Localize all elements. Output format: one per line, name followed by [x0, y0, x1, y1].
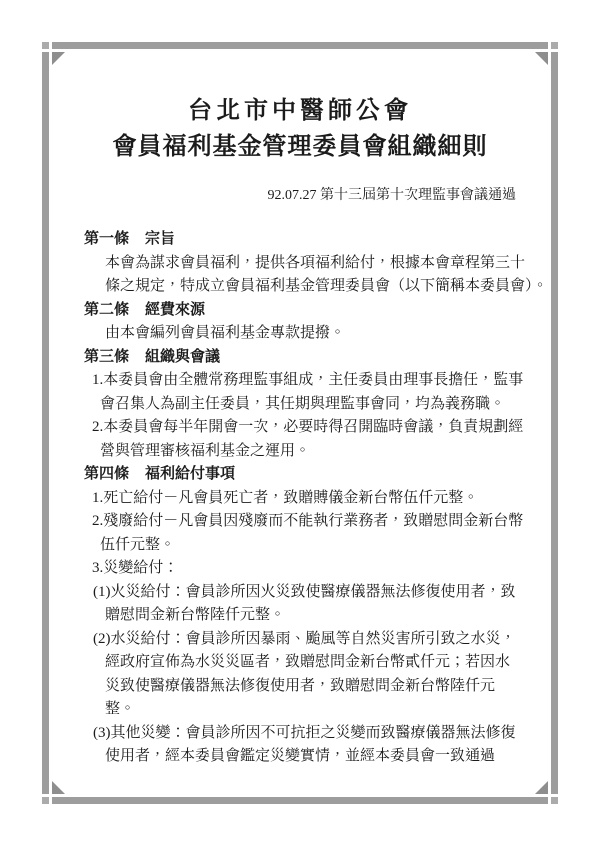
article-line: 伍仟元整。 [100, 534, 516, 558]
article-number: 第一條 [84, 231, 129, 247]
article-line: (3)其他災變：會員診所因不可抗拒之災變而致醫療儀器無法修復 [93, 722, 516, 746]
article-line: 本會為謀求會員福利，提供各項福利給付，根據本會章程第三十 [105, 252, 516, 276]
article-title: 經費來源 [145, 302, 205, 318]
article-title: 宗旨 [145, 231, 175, 247]
article-line: 經政府宣佈為水災災區者，致贈慰問金新台幣貳仟元；若因水 [105, 651, 516, 675]
article-line: (1)火災給付：會員診所因火災致使醫療儀器無法修復使用者，致 [93, 581, 516, 605]
article-title: 組織與會議 [145, 349, 220, 365]
document-page: 台北市中醫師公會 會員福利基金管理委員會組織細則 92.07.27 第十三屆第十… [0, 0, 600, 848]
frame-left-bar [42, 52, 49, 794]
document-body: 第一條宗旨 本會為謀求會員福利，提供各項福利給付，根據本會章程第三十 條之規定，… [84, 228, 516, 769]
approval-note: 92.07.27 第十三屆第十次理監事會議通過 [84, 184, 516, 204]
article-line: 條之規定，特成立會員福利基金管理委員會（以下簡稱本委員會）。 [105, 275, 516, 299]
article-3: 第三條組織與會議 1.本委員會由全體常務理監事組成，主任委員由理事長擔任，監事 … [84, 346, 516, 464]
corner-triangle-icon-top-right [535, 52, 548, 65]
document-content: 台北市中醫師公會 會員福利基金管理委員會組織細則 92.07.27 第十三屆第十… [84, 0, 516, 848]
article-number: 第二條 [84, 302, 129, 318]
article-line: 1.死亡給付－凡會員死亡者，致贈賻儀金新台幣伍仟元整。 [92, 487, 516, 511]
document-title: 會員福利基金管理委員會組織細則 [84, 126, 516, 161]
article-2: 第二條經費來源 由本會編列會員福利基金專款提撥。 [84, 299, 516, 346]
article-heading: 第三條組織與會議 [84, 346, 516, 370]
article-line: 由本會編列會員福利基金專款提撥。 [105, 322, 516, 346]
frame-right-bar [551, 52, 558, 794]
article-line: 1.本委員會由全體常務理監事組成，主任委員由理事長擔任，監事 [92, 369, 516, 393]
article-line: 災致使醫療儀器無法修復使用者，致贈慰問金新台幣陸仟元 [105, 675, 516, 699]
article-line: 使用者，經本委員會鑑定災變實情，並經本委員會一致通過 [105, 745, 516, 769]
article-1: 第一條宗旨 本會為謀求會員福利，提供各項福利給付，根據本會章程第三十 條之規定，… [84, 228, 516, 299]
article-line: 2.本委員會每半年開會一次，必要時得召開臨時會議，負責規劃經 [92, 416, 516, 440]
frame-corner-square-top-left [42, 42, 49, 49]
article-heading: 第四條福利給付事項 [84, 463, 516, 487]
article-heading: 第二條經費來源 [84, 299, 516, 323]
article-line: (2)水災給付：會員診所因暴雨、颱風等自然災害所引致之水災， [93, 628, 516, 652]
frame-corner-square-top-right [551, 42, 558, 49]
article-line: 營與管理審核福利基金之運用。 [100, 440, 516, 464]
frame-corner-square-bottom-left [42, 797, 49, 804]
article-line: 3.災變給付： [92, 557, 516, 581]
article-line: 贈慰問金新台幣陸仟元整。 [105, 604, 516, 628]
corner-triangle-icon-top-left [52, 52, 65, 65]
article-title: 福利給付事項 [145, 466, 235, 482]
organization-title: 台北市中醫師公會 [84, 90, 516, 125]
article-4: 第四條福利給付事項 1.死亡給付－凡會員死亡者，致贈賻儀金新台幣伍仟元整。 2.… [84, 463, 516, 769]
article-line: 整。 [105, 698, 516, 722]
frame-corner-square-bottom-right [551, 797, 558, 804]
article-heading: 第一條宗旨 [84, 228, 516, 252]
corner-triangle-icon-bottom-right [535, 781, 548, 794]
article-number: 第四條 [84, 466, 129, 482]
article-line: 會召集人為副主任委員，其任期與理監事會同，均為義務職。 [100, 393, 516, 417]
article-number: 第三條 [84, 349, 129, 365]
corner-triangle-icon-bottom-left [52, 781, 65, 794]
article-line: 2.殘廢給付－凡會員因殘廢而不能執行業務者，致贈慰問金新台幣 [92, 510, 516, 534]
